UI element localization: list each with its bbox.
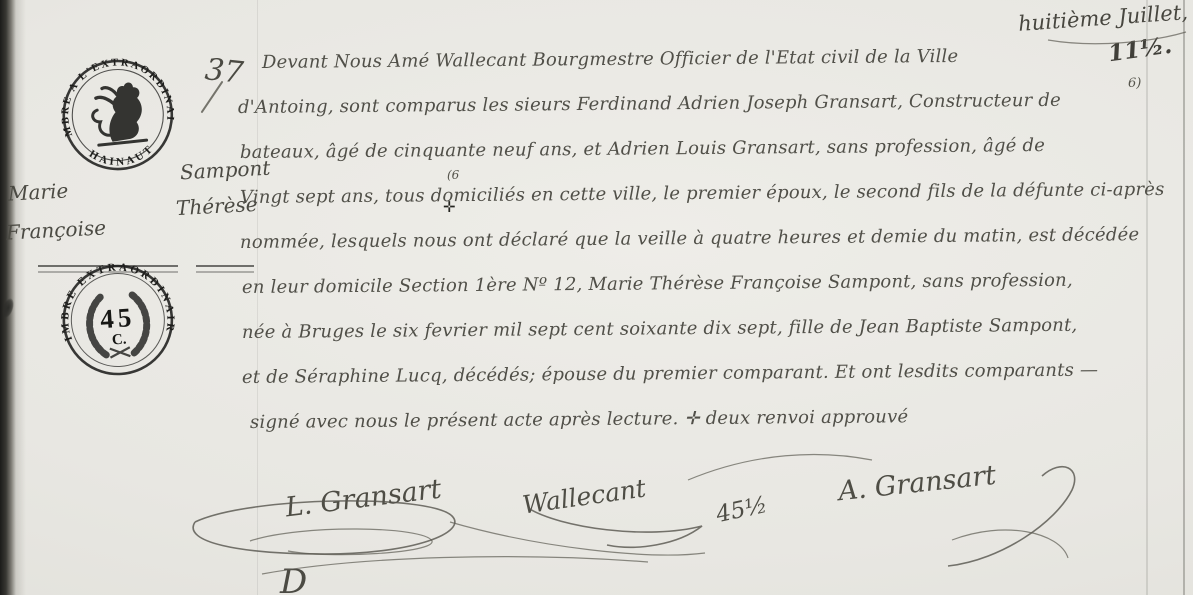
death-record-scan: TIMBRE A L'EXTRAORDINAIRE HAINAUT TIMBRE <box>0 0 1193 595</box>
signature-flourish-strokes <box>0 0 1193 595</box>
